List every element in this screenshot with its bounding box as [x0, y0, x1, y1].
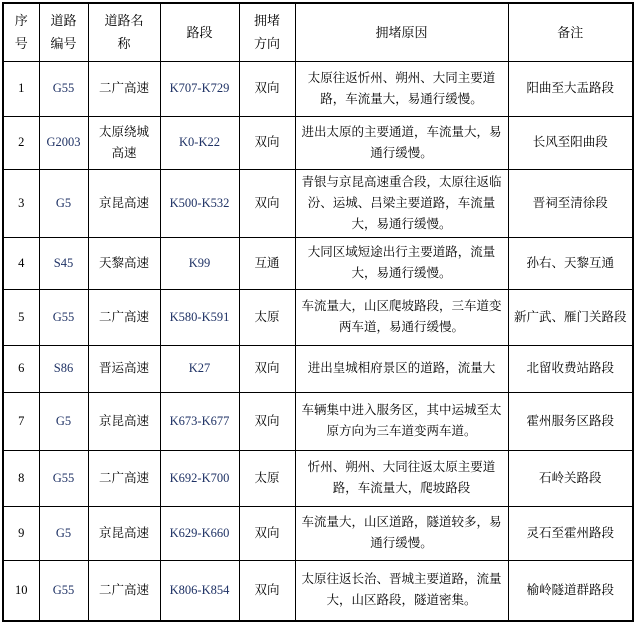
cell-direction: 双向: [239, 169, 295, 237]
cell-road-name: 二广高速: [88, 289, 160, 345]
cell-road-code: G5: [39, 392, 88, 450]
cell-segment: K500-K532: [160, 169, 239, 237]
cell-direction: 双向: [239, 61, 295, 116]
table-row: 4 S45 天黎高速 K99 互通 大同区域短途出行主要道路，流量大，易通行缓慢…: [3, 237, 633, 289]
cell-road-name: 京昆高速: [88, 169, 160, 237]
cell-reason: 忻州、朔州、大同往返太原主要道路，车流量大，爬坡路段: [295, 450, 508, 506]
cell-remark: 晋祠至清徐段: [508, 169, 633, 237]
cell-remark: 新广武、雁门关路段: [508, 289, 633, 345]
cell-direction: 双向: [239, 392, 295, 450]
table-row: 7 G5 京昆高速 K673-K677 双向 车辆集中进入服务区，其中运城至太原…: [3, 392, 633, 450]
cell-segment: K629-K660: [160, 506, 239, 560]
column-header-road-code: 道路编号: [39, 3, 88, 61]
cell-road-code: G55: [39, 450, 88, 506]
cell-reason: 车流量大，山区爬坡路段，三车道变两车道，易通行缓慢。: [295, 289, 508, 345]
cell-direction: 互通: [239, 237, 295, 289]
cell-remark: 石岭关路段: [508, 450, 633, 506]
cell-road-code: G5: [39, 169, 88, 237]
table-body: 1 G55 二广高速 K707-K729 双向 太原往返忻州、朔州、大同主要道路…: [3, 61, 633, 621]
cell-remark: 榆岭隧道群路段: [508, 560, 633, 621]
cell-road-code: G55: [39, 560, 88, 621]
cell-road-name: 二广高速: [88, 61, 160, 116]
cell-index: 2: [3, 116, 39, 169]
cell-remark: 孙右、天黎互通: [508, 237, 633, 289]
cell-index: 7: [3, 392, 39, 450]
cell-index: 3: [3, 169, 39, 237]
cell-index: 5: [3, 289, 39, 345]
cell-road-name: 太原绕城高速: [88, 116, 160, 169]
cell-index: 10: [3, 560, 39, 621]
table-row: 2 G2003 太原绕城高速 K0-K22 双向 进出太原的主要通道，车流量大，…: [3, 116, 633, 169]
cell-direction: 双向: [239, 345, 295, 392]
cell-remark: 霍州服务区路段: [508, 392, 633, 450]
cell-reason: 车流量大，山区道路，隧道较多，易通行缓慢。: [295, 506, 508, 560]
column-header-remark: 备注: [508, 3, 633, 61]
column-header-segment: 路段: [160, 3, 239, 61]
cell-index: 8: [3, 450, 39, 506]
cell-segment: K692-K700: [160, 450, 239, 506]
column-header-reason: 拥堵原因: [295, 3, 508, 61]
cell-index: 9: [3, 506, 39, 560]
cell-road-name: 晋运高速: [88, 345, 160, 392]
cell-road-code: S86: [39, 345, 88, 392]
cell-direction: 太原: [239, 289, 295, 345]
cell-road-name: 天黎高速: [88, 237, 160, 289]
cell-direction: 太原: [239, 450, 295, 506]
cell-reason: 青银与京昆高速重合段，太原往返临汾、运城、吕梁主要道路，车流量大，易通行缓慢。: [295, 169, 508, 237]
cell-segment: K99: [160, 237, 239, 289]
cell-road-name: 二广高速: [88, 560, 160, 621]
cell-remark: 阳曲至大盂路段: [508, 61, 633, 116]
table-row: 6 S86 晋运高速 K27 双向 进出皇城相府景区的道路，流量大 北留收费站路…: [3, 345, 633, 392]
cell-reason: 进出皇城相府景区的道路，流量大: [295, 345, 508, 392]
cell-reason: 太原往返长治、晋城主要道路，流量大，山区路段，隧道密集。: [295, 560, 508, 621]
table-row: 5 G55 二广高速 K580-K591 太原 车流量大，山区爬坡路段，三车道变…: [3, 289, 633, 345]
cell-road-name: 京昆高速: [88, 392, 160, 450]
cell-remark: 长风至阳曲段: [508, 116, 633, 169]
cell-direction: 双向: [239, 506, 295, 560]
cell-reason: 大同区域短途出行主要道路，流量大，易通行缓慢。: [295, 237, 508, 289]
column-header-direction: 拥堵方向: [239, 3, 295, 61]
cell-segment: K707-K729: [160, 61, 239, 116]
cell-direction: 双向: [239, 560, 295, 621]
congestion-table: 序号 道路编号 道路名称 路段 拥堵方向 拥堵原因 备注 1 G55 二广高速 …: [2, 2, 634, 622]
cell-index: 1: [3, 61, 39, 116]
cell-road-code: G55: [39, 61, 88, 116]
column-header-road-name: 道路名称: [88, 3, 160, 61]
cell-remark: 灵石至霍州路段: [508, 506, 633, 560]
cell-remark: 北留收费站路段: [508, 345, 633, 392]
cell-reason: 太原往返忻州、朔州、大同主要道路，车流量大，易通行缓慢。: [295, 61, 508, 116]
cell-road-code: G5: [39, 506, 88, 560]
cell-segment: K806-K854: [160, 560, 239, 621]
cell-segment: K27: [160, 345, 239, 392]
cell-index: 4: [3, 237, 39, 289]
cell-index: 6: [3, 345, 39, 392]
cell-segment: K580-K591: [160, 289, 239, 345]
cell-road-name: 京昆高速: [88, 506, 160, 560]
table-row: 10 G55 二广高速 K806-K854 双向 太原往返长治、晋城主要道路，流…: [3, 560, 633, 621]
table-row: 9 G5 京昆高速 K629-K660 双向 车流量大，山区道路，隧道较多，易通…: [3, 506, 633, 560]
cell-reason: 车辆集中进入服务区，其中运城至太原方向为三车道变两车道。: [295, 392, 508, 450]
cell-road-code: G2003: [39, 116, 88, 169]
cell-direction: 双向: [239, 116, 295, 169]
cell-segment: K673-K677: [160, 392, 239, 450]
table-row: 3 G5 京昆高速 K500-K532 双向 青银与京昆高速重合段，太原往返临汾…: [3, 169, 633, 237]
cell-road-code: S45: [39, 237, 88, 289]
column-header-index: 序号: [3, 3, 39, 61]
cell-road-code: G55: [39, 289, 88, 345]
header-row: 序号 道路编号 道路名称 路段 拥堵方向 拥堵原因 备注: [3, 3, 633, 61]
cell-reason: 进出太原的主要通道，车流量大，易通行缓慢。: [295, 116, 508, 169]
table-row: 8 G55 二广高速 K692-K700 太原 忻州、朔州、大同往返太原主要道路…: [3, 450, 633, 506]
cell-segment: K0-K22: [160, 116, 239, 169]
table-row: 1 G55 二广高速 K707-K729 双向 太原往返忻州、朔州、大同主要道路…: [3, 61, 633, 116]
cell-road-name: 二广高速: [88, 450, 160, 506]
